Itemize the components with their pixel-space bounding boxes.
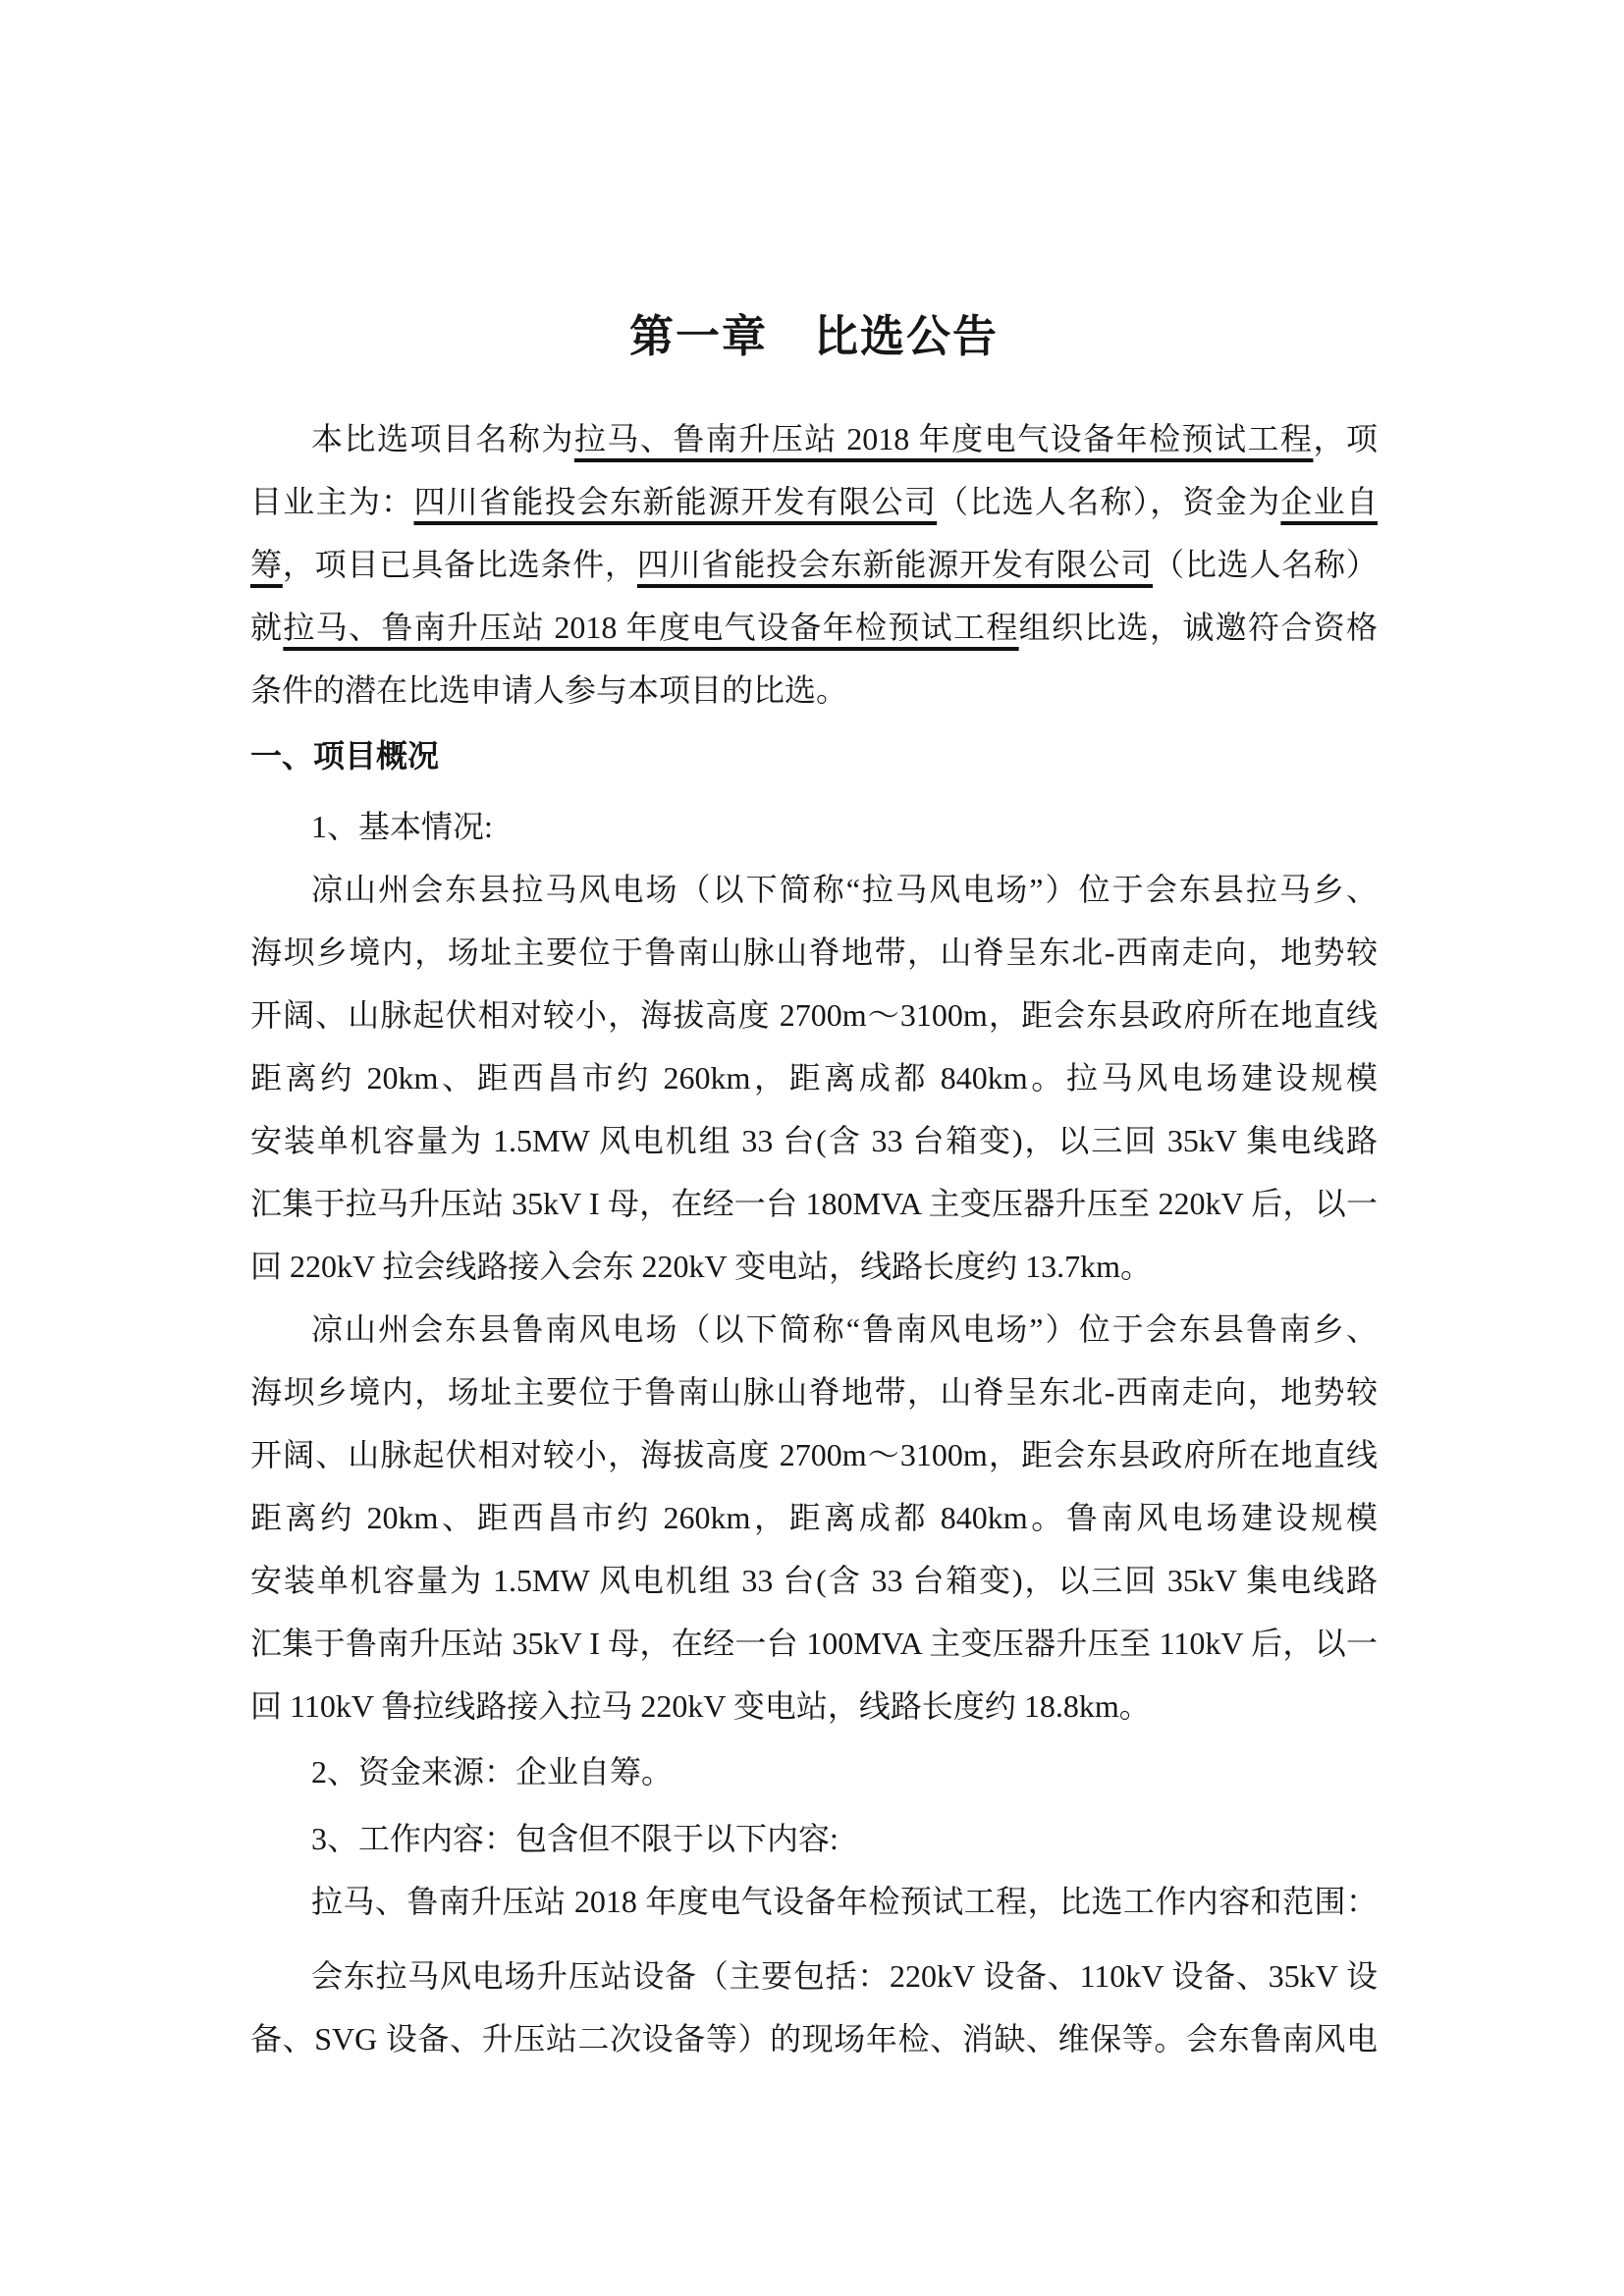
document-body: 本比选项目名称为拉马、鲁南升压站 2018 年度电气设备年检预试工程，项目业主为… [250,407,1378,2070]
text-segment: 凉山州会东县鲁南风电场（以下简称“鲁南风电场”）位于会东县鲁南乡、 [311,1311,1378,1347]
text-segment: 拉马、鲁南升压站 2018 年度电气设备年检预试工程，比选工作内容和范围： [311,1884,1378,1919]
document-content: 第一章 比选公告 本比选项目名称为拉马、鲁南升压站 2018 年度电气设备年检预… [250,312,1378,2070]
paragraph-work-scope: 拉马、鲁南升压站 2018 年度电气设备年检预试工程，比选工作内容和范围： [250,1870,1378,1933]
text-line: 条件的潜在比选申请人参与本项目的比选。 [250,659,1378,721]
text-line: 回 220kV 拉会线路接入会东 220kV 变电站，线路长度约 13.7km。 [250,1235,1378,1298]
intro-paragraph: 本比选项目名称为拉马、鲁南升压站 2018 年度电气设备年检预试工程，项目业主为… [250,407,1378,721]
text-line: 拉马、鲁南升压站 2018 年度电气设备年检预试工程，比选工作内容和范围： [250,1870,1378,1933]
chapter-title: 第一章 比选公告 [250,312,1378,361]
underlined-text: 四川省能投会东新能源开发有限公司 [413,484,937,519]
text-segment: 回 220kV 拉会线路接入会东 220kV 变电站，线路长度约 13.7km。 [250,1249,1152,1284]
text-line: 距离约 20km、距西昌市约 260km，距离成都 840km。鲁南风电场建设规… [250,1486,1378,1549]
text-segment: 安装单机容量为 1.5MW 风电机组 33 台(含 33 台箱变)，以三回 35… [250,1563,1378,1598]
underlined-text: 拉马、鲁南升压站 2018 年度电气设备年检预试工程 [283,610,1018,645]
text-segment: （比选人名称），资金为 [937,484,1280,519]
text-line: 海坝乡境内，场址主要位于鲁南山脉山脊地带，山脊呈东北-西南走向，地势较 [250,1361,1378,1423]
text-segment: 海坝乡境内，场址主要位于鲁南山脉山脊地带，山脊呈东北-西南走向，地势较 [250,1374,1378,1410]
text-segment: 就 [250,610,283,645]
text-segment: 2、资金来源：企业自筹。 [311,1754,673,1789]
text-line: 凉山州会东县拉马风电场（以下简称“拉马风电场”）位于会东县拉马乡、 [250,858,1378,921]
underlined-text: 四川省能投会东新能源开发有限公司 [637,547,1153,582]
text-line: 汇集于鲁南升压站 35kV I 母，在经一台 100MVA 主变压器升压至 11… [250,1612,1378,1675]
text-line: 开阔、山脉起伏相对较小，海拔高度 2700m～3100m，距会东县政府所在地直线 [250,984,1378,1046]
text-line: 凉山州会东县鲁南风电场（以下简称“鲁南风电场”）位于会东县鲁南乡、 [250,1298,1378,1361]
paragraph-lunan-windfarm: 凉山州会东县鲁南风电场（以下简称“鲁南风电场”）位于会东县鲁南乡、海坝乡境内，场… [250,1298,1378,1737]
text-line: 回 110kV 鲁拉线路接入拉马 220kV 变电站，线路长度约 18.8km。 [250,1675,1378,1737]
text-segment: 汇集于拉马升压站 35kV I 母，在经一台 180MVA 主变压器升压至 22… [250,1186,1378,1221]
text-segment: 开阔、山脉起伏相对较小，海拔高度 2700m～3100m，距会东县政府所在地直线 [250,997,1378,1033]
text-line: 3、工作内容：包含但不限于以下内容: [250,1807,1378,1870]
text-line: 目业主为：四川省能投会东新能源开发有限公司（比选人名称），资金为企业自 [250,470,1378,533]
text-segment: 备、SVG 设备、升压站二次设备等）的现场年检、消缺、维保等。会东鲁南风电 [250,2021,1378,2056]
text-segment: 目业主为： [250,484,413,519]
item-basic-info: 1、基本情况: [250,795,1378,858]
underlined-text: 企业自 [1280,484,1378,519]
item-work-content: 3、工作内容：包含但不限于以下内容: [250,1807,1378,1870]
underlined-text: 拉马、鲁南升压站 2018 年度电气设备年检预试工程 [574,421,1314,456]
text-segment: （比选人名称） [1153,547,1378,582]
text-segment: 组织比选，诚邀符合资格 [1019,610,1378,645]
text-segment: 条件的潜在比选申请人参与本项目的比选。 [250,672,847,708]
text-line: 会东拉马风电场升压站设备（主要包括：220kV 设备、110kV 设备、35kV… [250,1945,1378,2007]
text-line: 就拉马、鲁南升压站 2018 年度电气设备年检预试工程组织比选，诚邀符合资格 [250,596,1378,659]
text-line: 筹，项目已具备比选条件，四川省能投会东新能源开发有限公司（比选人名称） [250,533,1378,596]
section-heading-overview: 一、项目概况 [250,724,1378,787]
text-segment: 会东拉马风电场升压站设备（主要包括：220kV 设备、110kV 设备、35kV… [311,1958,1378,1994]
underlined-text: 筹 [250,547,283,582]
text-line: 一、项目概况 [250,724,1378,787]
text-segment: 汇集于鲁南升压站 35kV I 母，在经一台 100MVA 主变压器升压至 11… [250,1626,1378,1661]
paragraph-lama-windfarm: 凉山州会东县拉马风电场（以下简称“拉马风电场”）位于会东县拉马乡、海坝乡境内，场… [250,858,1378,1298]
text-segment: 距离约 20km、距西昌市约 260km，距离成都 840km。鲁南风电场建设规… [250,1500,1378,1549]
text-segment: 1、基本情况: [311,809,493,844]
text-line: 备、SVG 设备、升压站二次设备等）的现场年检、消缺、维保等。会东鲁南风电 [250,2007,1378,2070]
text-line: 安装单机容量为 1.5MW 风电机组 33 台(含 33 台箱变)，以三回 35… [250,1109,1378,1172]
paragraph-equipment-scope: 会东拉马风电场升压站设备（主要包括：220kV 设备、110kV 设备、35kV… [250,1945,1378,2070]
text-segment: 安装单机容量为 1.5MW 风电机组 33 台(含 33 台箱变)，以三回 35… [250,1123,1378,1158]
text-segment: 3、工作内容：包含但不限于以下内容: [311,1821,839,1856]
text-line: 距离约 20km、距西昌市约 260km，距离成都 840km。拉马风电场建设规… [250,1046,1378,1109]
text-segment: 开阔、山脉起伏相对较小，海拔高度 2700m～3100m，距会东县政府所在地直线 [250,1437,1378,1472]
text-line: 汇集于拉马升压站 35kV I 母，在经一台 180MVA 主变压器升压至 22… [250,1172,1378,1235]
text-line: 本比选项目名称为拉马、鲁南升压站 2018 年度电气设备年检预试工程，项 [250,407,1378,470]
text-line: 1、基本情况: [250,795,1378,858]
text-line: 海坝乡境内，场址主要位于鲁南山脉山脊地带，山脊呈东北-西南走向，地势较 [250,921,1378,984]
text-segment: ，项目已具备比选条件， [283,547,637,582]
text-segment: ，项 [1313,421,1377,456]
text-line: 安装单机容量为 1.5MW 风电机组 33 台(含 33 台箱变)，以三回 35… [250,1549,1378,1612]
text-segment: 凉山州会东县拉马风电场（以下简称“拉马风电场”）位于会东县拉马乡、 [311,872,1378,907]
text-line: 开阔、山脉起伏相对较小，海拔高度 2700m～3100m，距会东县政府所在地直线 [250,1423,1378,1486]
text-segment: 回 110kV 鲁拉线路接入拉马 220kV 变电站，线路长度约 18.8km。 [250,1688,1151,1724]
item-funding-source: 2、资金来源：企业自筹。 [250,1740,1378,1803]
text-segment: 一、项目概况 [250,738,439,774]
text-segment: 海坝乡境内，场址主要位于鲁南山脉山脊地带，山脊呈东北-西南走向，地势较 [250,934,1378,970]
text-line: 2、资金来源：企业自筹。 [250,1740,1378,1803]
document-page: 第一章 比选公告 本比选项目名称为拉马、鲁南升压站 2018 年度电气设备年检预… [0,0,1624,2296]
text-segment: 距离约 20km、距西昌市约 260km，距离成都 840km。拉马风电场建设规… [250,1060,1378,1109]
text-segment: 本比选项目名称为 [311,421,574,456]
